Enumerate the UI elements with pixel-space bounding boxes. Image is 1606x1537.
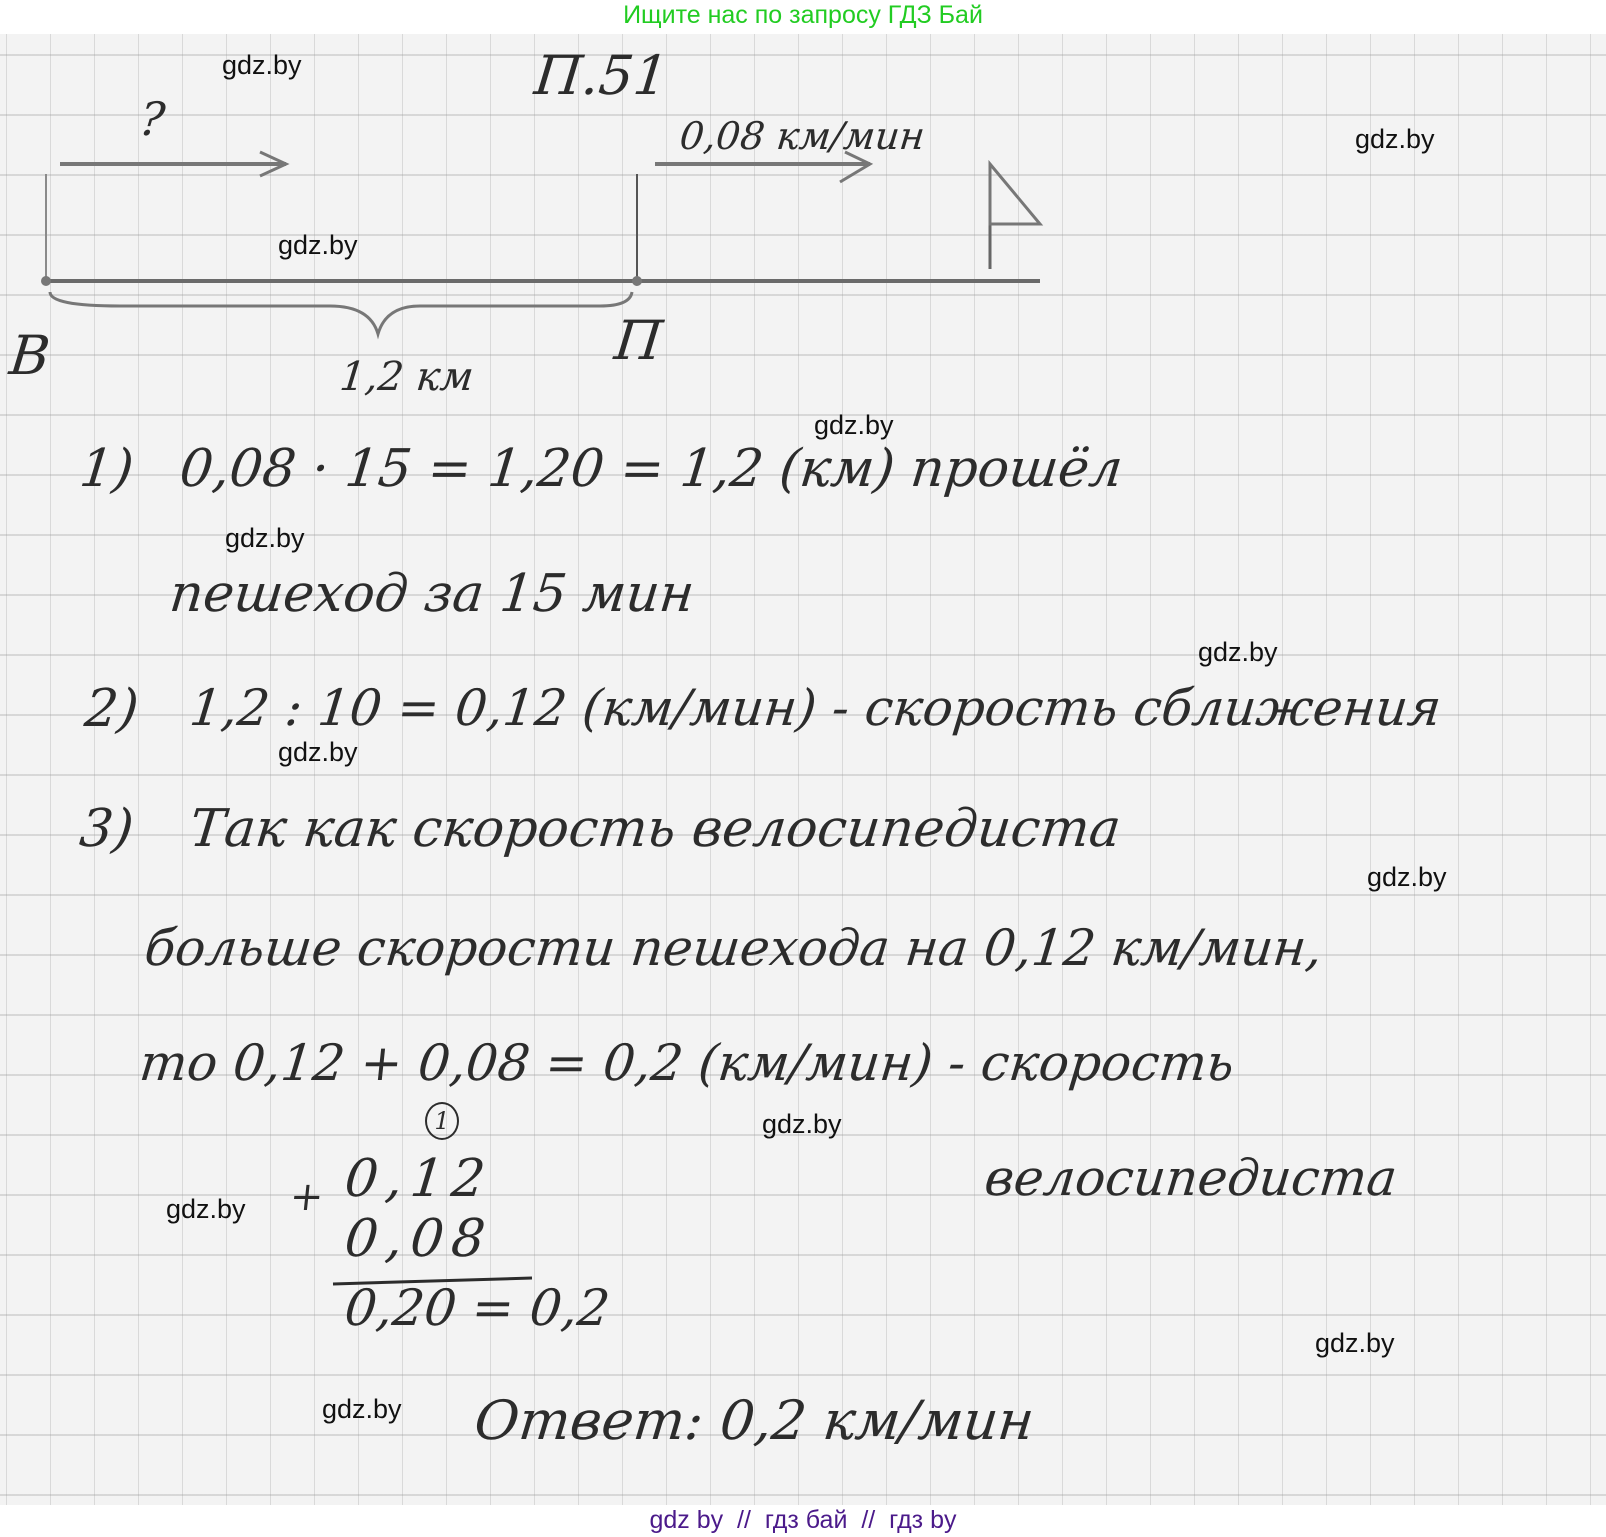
watermark: gdz.by (1355, 124, 1435, 155)
plus-sign: + (288, 1174, 326, 1220)
answer: Ответ: 0,2 км/мин (472, 1389, 1037, 1452)
step2-number: 2) (82, 679, 142, 739)
watermark: gdz.by (166, 1194, 246, 1225)
motion-diagram (0, 34, 1606, 1505)
problem-number: П.51 (532, 44, 672, 107)
addend-1: 0,12 (342, 1149, 496, 1209)
top-banner-text: Ищите нас по запросу ГДЗ Бай (623, 1, 983, 29)
step1-line2: пешеход за 15 мин (167, 564, 697, 624)
step1-number: 1) (77, 439, 137, 499)
watermark: gdz.by (762, 1109, 842, 1140)
watermark: gdz.by (1198, 637, 1278, 668)
watermark: gdz.by (222, 50, 302, 81)
watermark: gdz.by (278, 230, 358, 261)
step3-line2: больше скорости пешехода на 0,12 км/мин, (142, 919, 1325, 977)
step3-line1: Так как скорость велосипедиста (187, 799, 1124, 859)
step3-line3: то 0,12 + 0,08 = 0,2 (км/мин) - скорость (137, 1034, 1237, 1092)
point-p (632, 276, 642, 286)
bottom-banner-text: gdz by // гдз бай // гдз by (649, 1506, 956, 1534)
step1-line1: 0,08 · 15 = 1,20 = 1,2 (км) прошёл (177, 439, 1126, 499)
step3-number: 3) (77, 799, 137, 859)
column-sum: 0,20 = 0,2 (342, 1279, 613, 1337)
speed-label: 0,08 км/мин (678, 114, 927, 158)
point-left-label: В (7, 324, 53, 387)
step2-line: 1,2 : 10 = 0,12 (км/мин) - скорость сбли… (187, 679, 1444, 737)
watermark: gdz.by (225, 523, 305, 554)
question-mark: ? (137, 92, 167, 146)
distance-label: 1,2 км (338, 354, 476, 400)
watermark: gdz.by (322, 1394, 402, 1425)
step3-line4: велосипедиста (982, 1149, 1400, 1207)
bottom-banner: gdz by // гдз бай // гдз by (0, 1505, 1606, 1537)
point-right-label: П (612, 309, 666, 372)
watermark: gdz.by (814, 410, 894, 441)
top-banner: Ищите нас по запросу ГДЗ Бай (0, 0, 1606, 34)
distance-brace (50, 292, 632, 334)
watermark: gdz.by (278, 737, 358, 768)
addend-2: 0,08 (342, 1209, 496, 1269)
watermark: gdz.by (1315, 1328, 1395, 1359)
notebook-page: П.51 ? 0,08 км/мин В П 1,2 км 1) 0,08 · … (0, 34, 1606, 1505)
watermark: gdz.by (1367, 862, 1447, 893)
point-b (41, 276, 51, 286)
carry-digit: 1 (425, 1102, 459, 1140)
